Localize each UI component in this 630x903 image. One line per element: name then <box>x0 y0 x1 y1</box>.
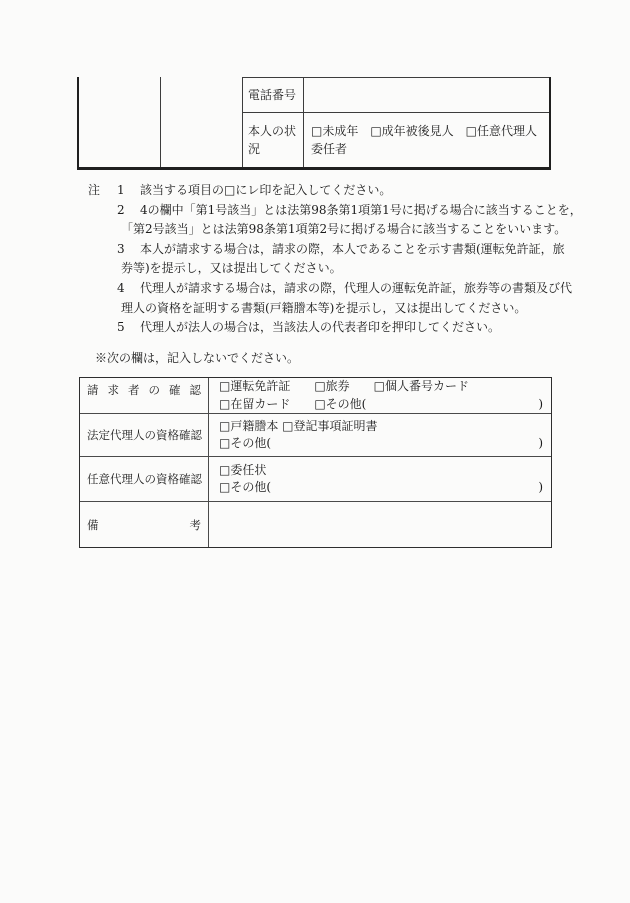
row-label: 法定代理人の資格確認 <box>87 427 201 443</box>
row-label: 請求者の確認 <box>87 382 201 398</box>
do-not-fill-note: ※次の欄は，記入しないでください。 <box>95 349 299 368</box>
remarks-value-cell <box>209 502 551 547</box>
document-page: 電話番号 本人の状況 □未成年 □成年被後見人 □任意代理人 委任者 注 1 該… <box>0 0 630 903</box>
person-status-label: 本人の状況 <box>243 113 304 167</box>
table-column-divider <box>160 77 161 167</box>
note-item-1: 注 1 該当する項目の□にレ印を記入してください。 <box>88 181 558 201</box>
note-number: 2 <box>117 201 140 221</box>
note-item-2: 2 4の欄中「第1号該当」とは法第98条第1項第1号に掲げる場合に該当することを… <box>88 201 558 221</box>
note-text: 本人が請求する場合は，請求の際，本人であることを示す書類(運転免許証，旅 <box>140 240 565 260</box>
legal-representative-options: □戸籍謄本 □登記事項証明書 □その他( ) <box>209 414 551 456</box>
requester-confirmation-label-cell: 請求者の確認 <box>80 378 209 413</box>
note-item-4: 4 代理人が請求する場合は，請求の際，代理人の運転免許証，旅券等の書類及び代 <box>88 279 558 299</box>
other-option-open: □その他( <box>219 435 271 453</box>
note-item-3-continued: 券等)を提示し，又は提出してください。 <box>88 259 558 279</box>
office-confirmation-table: 請求者の確認 □運転免許証 □旅券 □個人番号カード □在留カード □その他( … <box>79 377 552 548</box>
note-number: 1 <box>117 181 140 201</box>
note-number: 3 <box>117 240 140 260</box>
checkbox-options-line: □その他( ) <box>219 435 543 453</box>
note-text: 「第2号該当」とは法第98条第1項第2号に掲げる場合に該当することをいいます。 <box>121 220 566 240</box>
notes-section: 注 1 該当する項目の□にレ印を記入してください。 2 4の欄中「第1号該当」と… <box>88 181 558 338</box>
person-status-options: □未成年 □成年被後見人 □任意代理人 委任者 <box>304 113 549 167</box>
note-item-2-continued: 「第2号該当」とは法第98条第1項第2号に掲げる場合に該当することをいいます。 <box>88 220 558 240</box>
contact-status-subtable: 電話番号 本人の状況 □未成年 □成年被後見人 □任意代理人 委任者 <box>242 77 549 167</box>
checkbox-options-line: □その他( ) <box>219 479 543 497</box>
voluntary-representative-options: □委任状 □その他( ) <box>209 457 551 501</box>
person-status-row: 本人の状況 □未成年 □成年被後見人 □任意代理人 委任者 <box>243 113 549 167</box>
note-number: 5 <box>117 318 140 338</box>
note-item-4-continued: 理人の資格を証明する書類(戸籍謄本等)を提示し，又は提出してください。 <box>88 299 558 319</box>
note-text: 4の欄中「第1号該当」とは法第98条第1項第1号に掲げる場合に該当することを， <box>140 201 582 221</box>
remarks-label-cell: 備考 <box>80 502 209 547</box>
other-option-close-paren: ) <box>538 435 543 453</box>
note-item-3: 3 本人が請求する場合は，請求の際，本人であることを示す書類(運転免許証，旅 <box>88 240 558 260</box>
note-text: 該当する項目の□にレ印を記入してください。 <box>140 181 391 201</box>
voluntary-representative-label-cell: 任意代理人の資格確認 <box>80 457 209 501</box>
checkbox-options-line: □在留カード □その他( ) <box>219 396 543 414</box>
requester-confirmation-options: □運転免許証 □旅券 □個人番号カード □在留カード □その他( ) <box>209 378 551 413</box>
status-options-line2: 委任者 <box>311 140 542 159</box>
remarks-row: 備考 <box>80 501 551 547</box>
note-text: 代理人が請求する場合は，請求の際，代理人の運転免許証，旅券等の書類及び代 <box>140 279 572 299</box>
phone-number-label: 電話番号 <box>243 78 304 112</box>
other-option-close-paren: ) <box>538 396 543 414</box>
note-text: 代理人が法人の場合は，当該法人の代表者印を押印してください。 <box>140 318 500 338</box>
checkbox-options-line: □委任状 <box>219 462 543 480</box>
phone-number-value-cell <box>304 78 549 112</box>
legal-representative-label-cell: 法定代理人の資格確認 <box>80 414 209 456</box>
notes-marker: 注 <box>88 181 117 201</box>
row-label: 任意代理人の資格確認 <box>87 471 201 487</box>
note-number: 4 <box>117 279 140 299</box>
other-option-close-paren: ) <box>538 479 543 497</box>
checkbox-options-line: □戸籍謄本 □登記事項証明書 <box>219 418 543 436</box>
other-option-open: □在留カード □その他( <box>219 396 366 414</box>
status-options-line1: □未成年 □成年被後見人 □任意代理人 <box>311 122 542 141</box>
note-text: 理人の資格を証明する書類(戸籍謄本等)を提示し，又は提出してください。 <box>121 299 526 319</box>
note-item-5: 5 代理人が法人の場合は，当該法人の代表者印を押印してください。 <box>88 318 558 338</box>
voluntary-representative-row: 任意代理人の資格確認 □委任状 □その他( ) <box>80 456 551 501</box>
checkbox-options-line: □運転免許証 □旅券 □個人番号カード <box>219 378 543 396</box>
other-option-open: □その他( <box>219 479 271 497</box>
applicant-info-table: 電話番号 本人の状況 □未成年 □成年被後見人 □任意代理人 委任者 <box>77 77 551 170</box>
phone-number-row: 電話番号 <box>243 78 549 113</box>
requester-confirmation-row: 請求者の確認 □運転免許証 □旅券 □個人番号カード □在留カード □その他( … <box>80 378 551 413</box>
legal-representative-row: 法定代理人の資格確認 □戸籍謄本 □登記事項証明書 □その他( ) <box>80 413 551 456</box>
note-text: 券等)を提示し，又は提出してください。 <box>121 259 342 279</box>
row-label: 備考 <box>87 517 201 533</box>
